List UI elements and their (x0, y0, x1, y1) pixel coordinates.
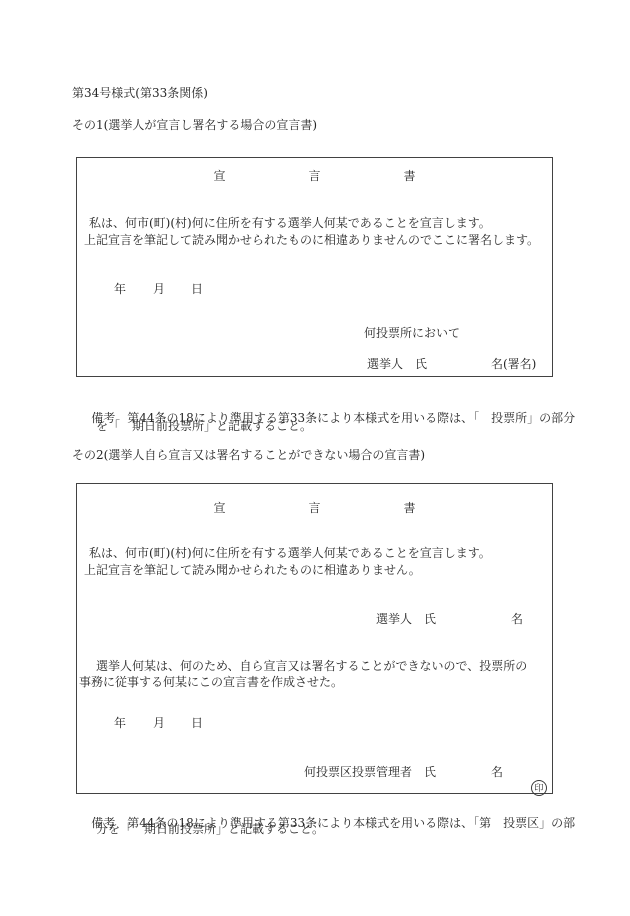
declaration2-body-line2: 上記宣言を筆記して読み聞かせられたものに相違ありません。 (84, 563, 421, 577)
declaration1-signer-label: 選挙人 氏 (367, 357, 427, 371)
section1-heading: その1(選挙人が宣言し署名する場合の宣言書) (72, 118, 317, 132)
declaration2-title-char2: 言 (308, 501, 320, 515)
declaration1-title-char2: 言 (308, 169, 320, 183)
declaration2-signer-label: 選挙人 氏 (376, 612, 436, 626)
declaration1-title-char3: 書 (404, 169, 416, 183)
declaration1-title: 宣 言 書 (77, 169, 552, 183)
declaration2-date-month: 月 (153, 716, 165, 730)
declaration-box-1: 宣 言 書 私は、何市(町)(村)何に住所を有する選挙人何某であることを宣言しま… (76, 157, 553, 377)
declaration1-date-year: 年 (114, 282, 126, 296)
declaration2-title-char3: 書 (404, 501, 416, 515)
declaration-box-2: 宣 言 書 私は、何市(町)(村)何に住所を有する選挙人何某であることを宣言しま… (76, 483, 553, 794)
declaration2-body-line1: 私は、何市(町)(村)何に住所を有する選挙人何某であることを宣言します。 (84, 546, 491, 560)
form-number: 第34号様式(第33条関係) (72, 86, 208, 100)
note1-line2: を「 期日前投票所」と記載すること。 (96, 419, 312, 433)
declaration1-body-line1: 私は、何市(町)(村)何に住所を有する選挙人何某であることを宣言します。 (84, 216, 491, 230)
declaration2-signer-name-label: 名 (511, 612, 523, 626)
declaration1-body-line2: 上記宣言を筆記して読み聞かせられたものに相違ありませんのでここに署名します。 (84, 233, 539, 247)
declaration1-date-month: 月 (153, 282, 165, 296)
seal-icon: 印 (531, 780, 547, 796)
declaration2-proxy-line1: 選挙人何某は、何のため、自ら宣言又は署名することができないので、投票所の (79, 659, 527, 673)
declaration2-title-char1: 宣 (213, 501, 225, 515)
declaration1-signer-name-label: 名(署名) (491, 357, 536, 371)
declaration1-place: 何投票所において (364, 326, 460, 340)
section2-heading: その2(選挙人自ら宣言又は署名することができない場合の宣言書) (72, 448, 425, 462)
declaration2-title: 宣 言 書 (77, 501, 552, 515)
declaration1-date-day: 日 (191, 282, 203, 296)
note2-line2: 分を「 期日前投票所」と記載すること。 (96, 822, 324, 836)
declaration2-proxy-line2: 事務に従事する何某にこの宣言書を作成させた。 (79, 675, 343, 689)
declaration1-title-char1: 宣 (213, 169, 225, 183)
declaration2-date-day: 日 (191, 716, 203, 730)
declaration2-manager-label: 何投票区投票管理者 氏 (304, 765, 436, 779)
document-page: 第34号様式(第33条関係) その1(選挙人が宣言し署名する場合の宣言書) 宣 … (0, 0, 630, 916)
declaration2-manager-name-label: 名 (491, 765, 503, 779)
declaration2-date-year: 年 (114, 716, 126, 730)
